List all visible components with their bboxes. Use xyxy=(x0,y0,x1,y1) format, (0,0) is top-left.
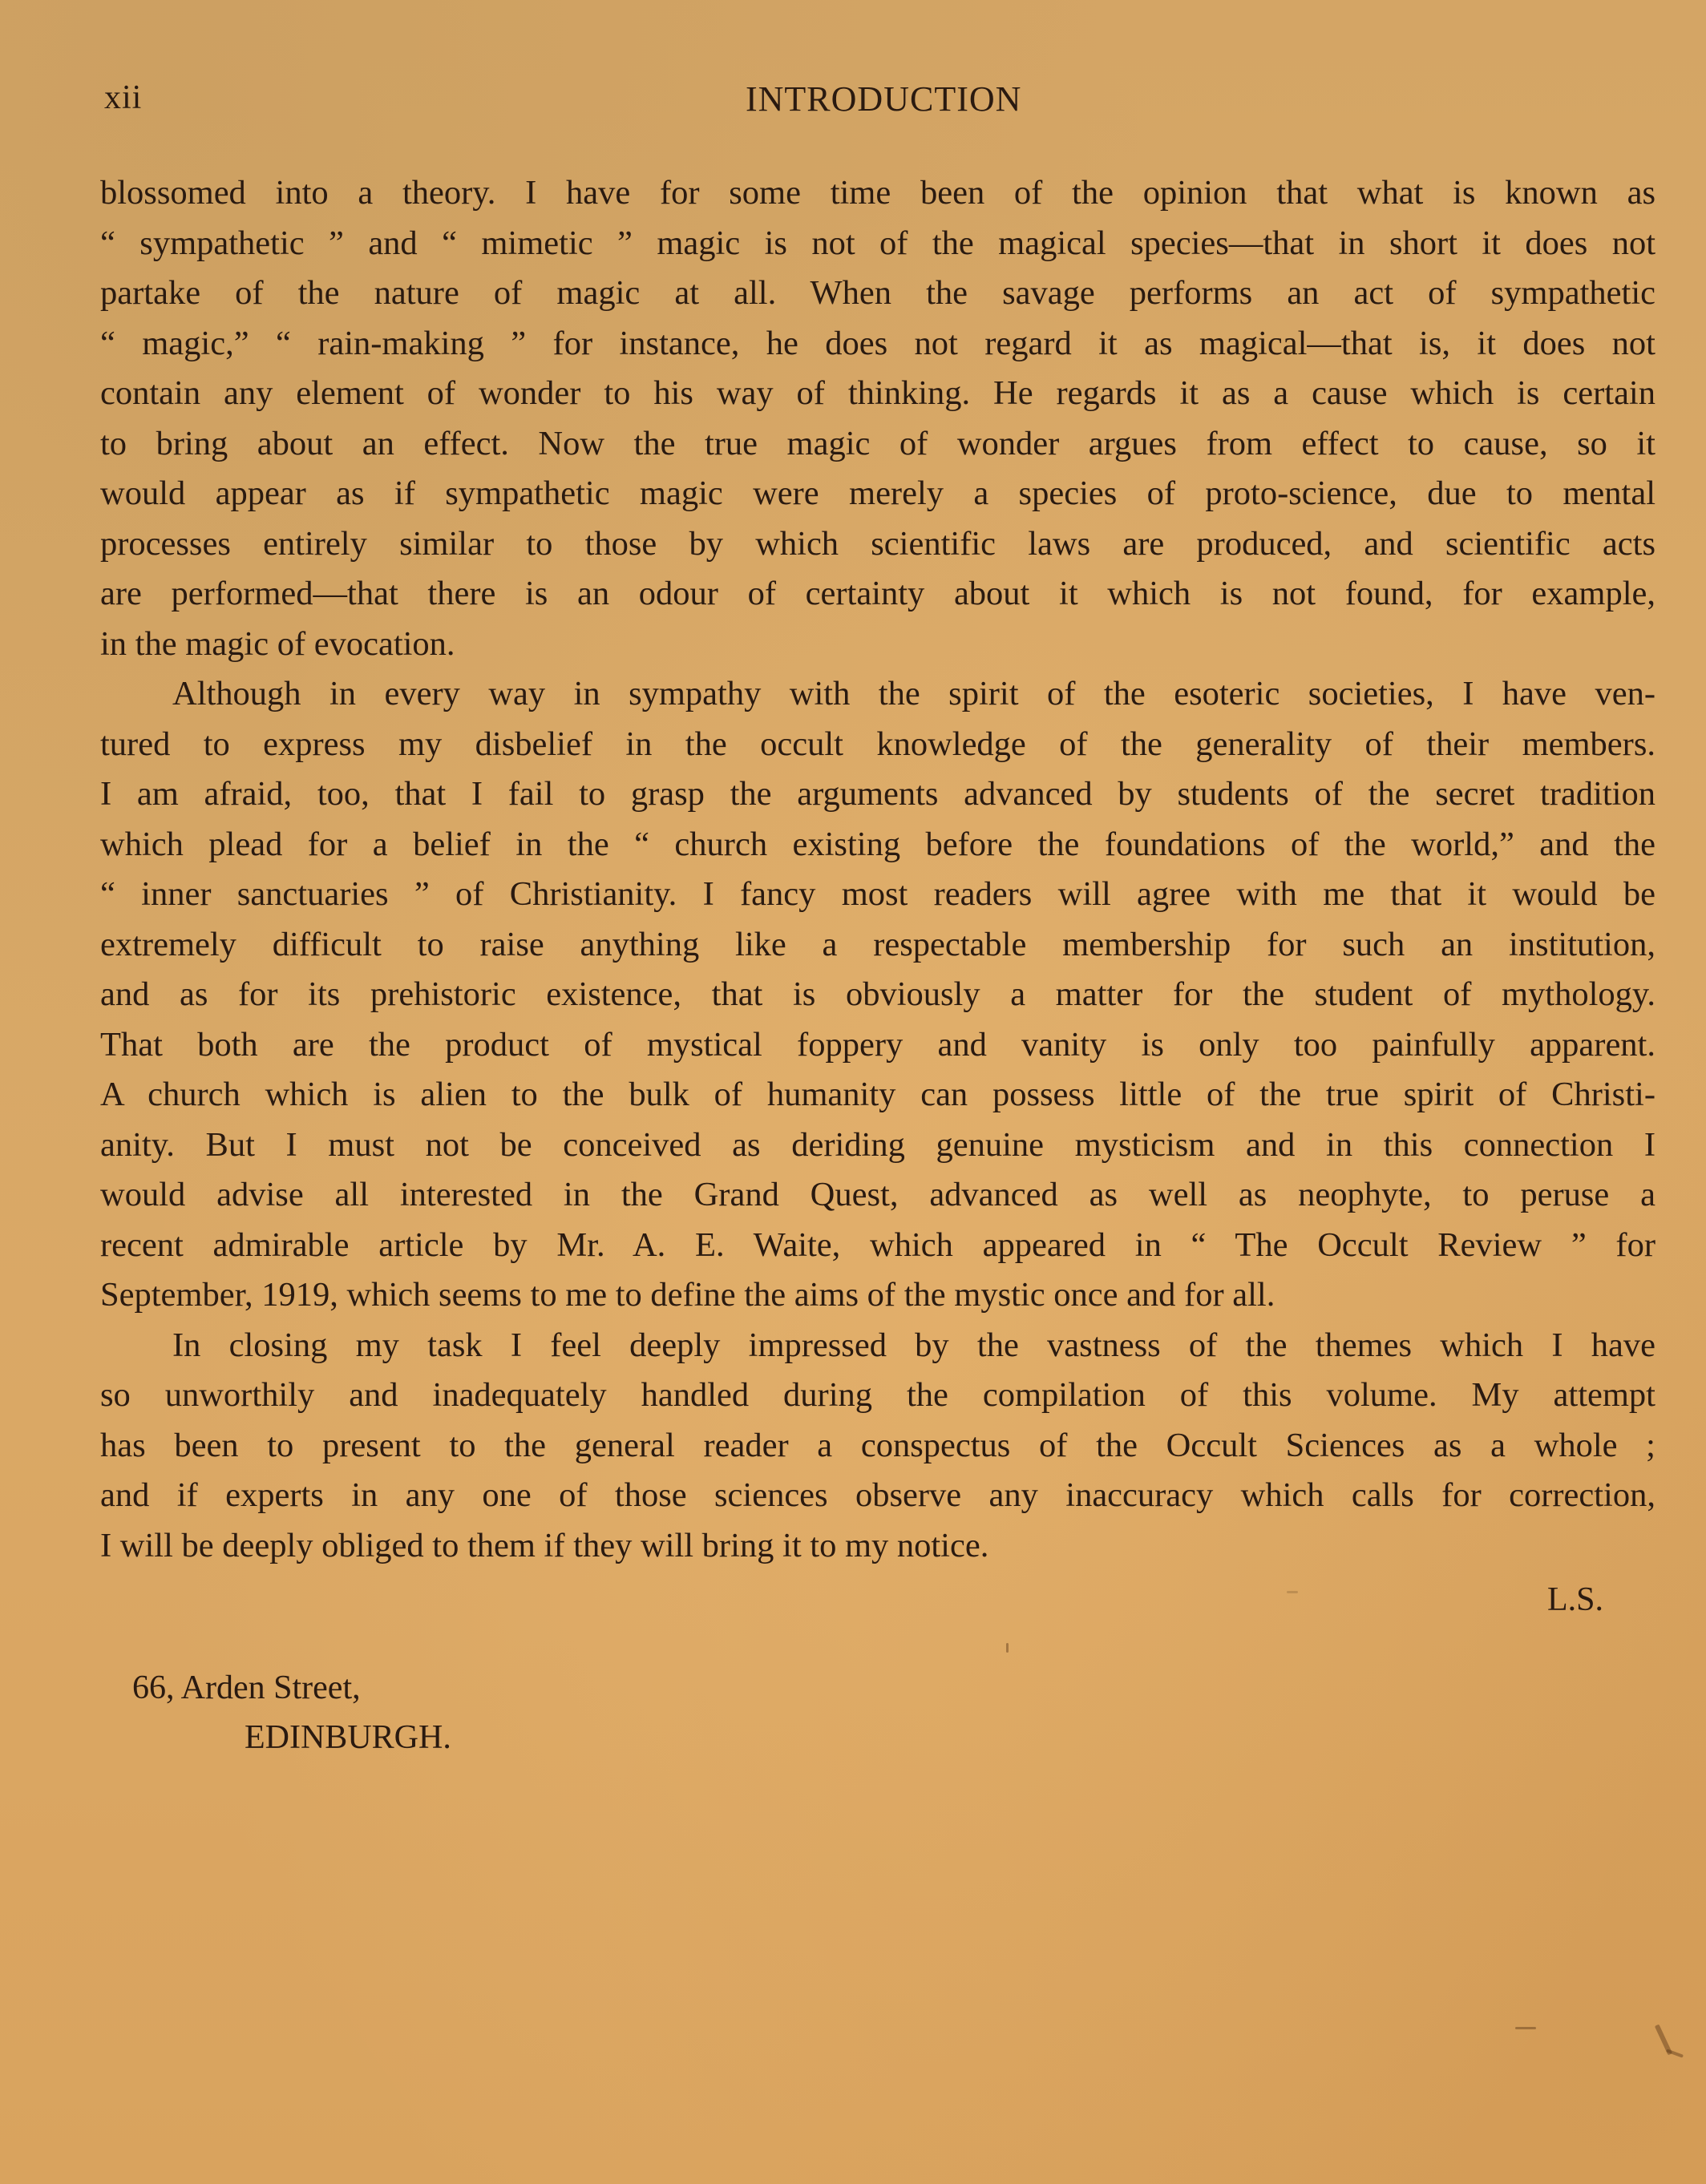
text-line: which plead for a belief in the “ church… xyxy=(100,820,1655,870)
paragraph-start: In closing my task I feel deeply impress… xyxy=(100,1321,1655,1371)
text-line: recent admirable article by Mr. A. E. Wa… xyxy=(100,1221,1655,1271)
paper-speck xyxy=(1006,1643,1009,1653)
text-line: blossomed into a theory. I have for some… xyxy=(100,168,1655,219)
text-line: I will be deeply obliged to them if they… xyxy=(100,1521,1655,1572)
address-city: EDINBURGH. xyxy=(132,1713,451,1762)
text-line: contain any element of wonder to his way… xyxy=(100,369,1655,419)
text-line: to bring about an effect. Now the true m… xyxy=(100,419,1655,470)
author-initials: L.S. xyxy=(1547,1580,1603,1619)
text-line: anity. But I must not be conceived as de… xyxy=(100,1120,1655,1171)
text-line: processes entirely similar to those by w… xyxy=(100,519,1655,570)
text-line: would advise all interested in the Grand… xyxy=(100,1170,1655,1221)
running-head: xii INTRODUCTION xyxy=(104,79,1660,127)
text-line: so unworthily and inadequately handled d… xyxy=(100,1371,1655,1421)
page-number: xii xyxy=(104,79,142,117)
chapter-title: INTRODUCTION xyxy=(746,79,1021,119)
text-line: in the magic of evocation. xyxy=(100,620,1655,670)
text-line: and if experts in any one of those scien… xyxy=(100,1471,1655,1521)
text-line: would appear as if sympathetic magic wer… xyxy=(100,469,1655,519)
text-line: partake of the nature of magic at all. W… xyxy=(100,268,1655,319)
paragraph-start: Although in every way in sympathy with t… xyxy=(100,669,1655,720)
text-line: are performed—that there is an odour of … xyxy=(100,569,1655,620)
text-line: September, 1919, which seems to me to de… xyxy=(100,1270,1655,1321)
book-page: xii INTRODUCTION blossomed into a theory… xyxy=(0,0,1706,2184)
text-line: “ sympathetic ” and “ mimetic ” magic is… xyxy=(100,219,1655,269)
text-line: That both are the product of mystical fo… xyxy=(100,1020,1655,1071)
text-line: has been to present to the general reade… xyxy=(100,1421,1655,1471)
text-line: and as for its prehistoric existence, th… xyxy=(100,970,1655,1020)
paper-speck xyxy=(1287,1591,1298,1593)
text-line: extremely difficult to raise anything li… xyxy=(100,920,1655,971)
paper-speck xyxy=(1515,2027,1536,2029)
text-line: I am afraid, too, that I fail to grasp t… xyxy=(100,769,1655,820)
text-line: A church which is alien to the bulk of h… xyxy=(100,1070,1655,1120)
address-street: 66, Arden Street, xyxy=(132,1669,361,1706)
address-block: 66, Arden Street, EDINBURGH. xyxy=(132,1663,451,1762)
text-line: “ inner sanctuaries ” of Christianity. I… xyxy=(100,870,1655,920)
text-line: “ magic,” “ rain-making ” for instance, … xyxy=(100,319,1655,369)
body-text: blossomed into a theory. I have for some… xyxy=(100,168,1655,1571)
text-line: tured to express my disbelief in the occ… xyxy=(100,720,1655,770)
